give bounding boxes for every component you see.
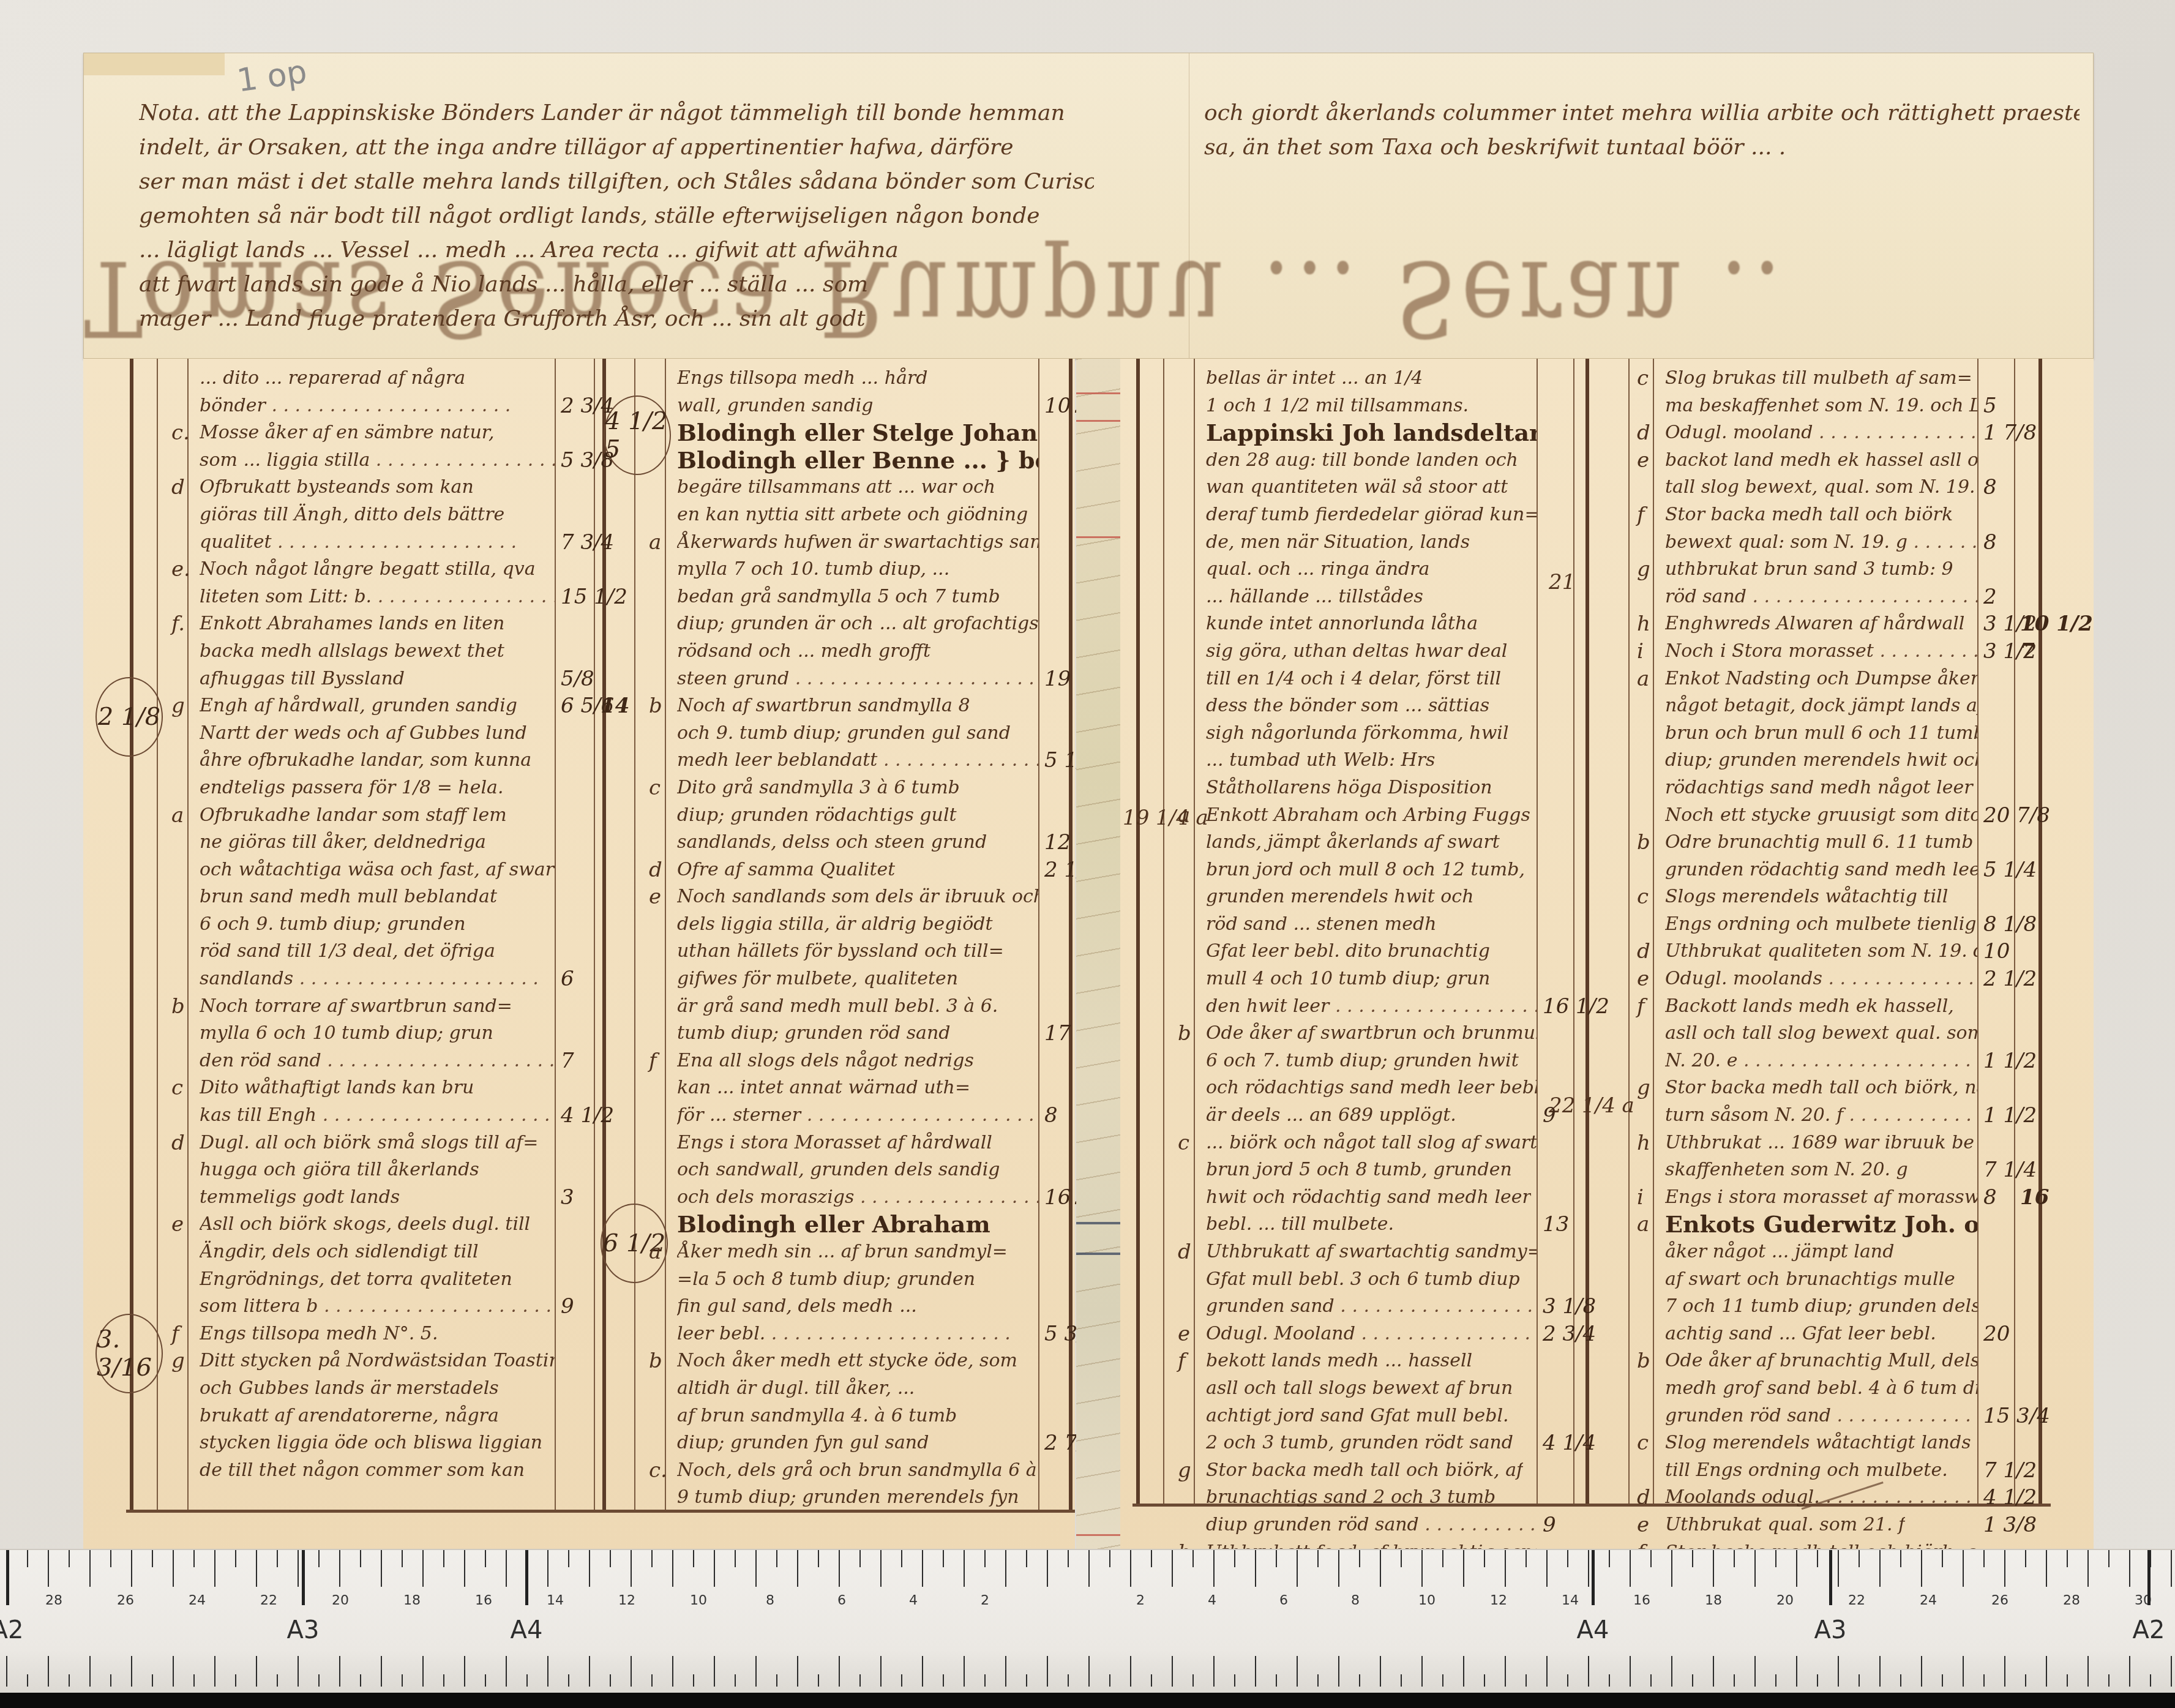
ruler-tick bbox=[964, 1550, 965, 1587]
area-amount: 13 bbox=[1543, 1211, 1569, 1238]
ruler-tick bbox=[443, 1674, 444, 1687]
nota-line: indelt, är Orsaken, att the inga andre t… bbox=[139, 130, 1094, 165]
ledger-row: röd sand ... stenen medh bbox=[1206, 911, 1537, 938]
entry-text: wan quantiteten wäl så stoor att bbox=[1206, 474, 1508, 501]
ledger-row: gifwes för mulbete, qualiteten bbox=[677, 965, 1038, 993]
ledger-row: grunden sand3 1/8 bbox=[1206, 1293, 1537, 1320]
entry-text: till Engs ordning och mulbete. bbox=[1665, 1457, 1948, 1485]
parcel-letter: d bbox=[649, 856, 662, 884]
entry-text: rödsand och ... medh grofft bbox=[677, 638, 930, 665]
ruler-tick bbox=[1234, 1550, 1235, 1567]
ruler-tick bbox=[1442, 1674, 1443, 1687]
ruler-tick bbox=[2129, 1656, 2130, 1687]
ledger-row: ... hällande ... tillstådes bbox=[1206, 583, 1537, 611]
parcel-letter: e bbox=[171, 1211, 184, 1238]
ruler-tick bbox=[422, 1656, 424, 1687]
ruler-tick bbox=[381, 1550, 382, 1587]
ruler-number: 16 bbox=[1633, 1593, 1650, 1608]
parcel-letter: f bbox=[1637, 993, 1645, 1021]
ledger-row: dOfre af samma Qualitet2 1/8 bbox=[677, 856, 1038, 884]
ruler-number: 6 bbox=[1279, 1593, 1288, 1608]
ledger-row: dOdugl. mooland1 7/8 bbox=[1665, 419, 1977, 447]
ledger-row: cDito grå sandmylla 3 à 6 tumb bbox=[677, 774, 1038, 802]
map-fragment-strip bbox=[1076, 359, 1121, 1549]
ruler-tick bbox=[1213, 1656, 1215, 1687]
entry-text: röd sand ... stenen medh bbox=[1206, 911, 1437, 938]
ruler-tick bbox=[1297, 1550, 1298, 1587]
ledger-row: Engs tillsopa medh ... hård bbox=[677, 365, 1038, 392]
entry-text: som littera b bbox=[200, 1293, 555, 1320]
owner-heading: Enkots Guderwitz Joh. och Jurr bbox=[1665, 1211, 1977, 1238]
ledger-row: =la 5 och 8 tumb diup; grunden bbox=[677, 1266, 1038, 1294]
ledger-row: och wåtachtiga wäsa och fast, af swart bbox=[200, 856, 555, 884]
ledger-row: grunden merendels hwit och bbox=[1206, 883, 1537, 911]
ruler-tick bbox=[984, 1674, 986, 1687]
entry-text: qualitet bbox=[200, 529, 517, 556]
ledger-row: sig göra, uthan deltas hwar deal bbox=[1206, 638, 1537, 665]
ledger-row: afhuggas till Byssland5/8 bbox=[200, 665, 555, 693]
parcel-letter: b bbox=[1637, 1347, 1650, 1375]
ruler-tick bbox=[1525, 1550, 1527, 1567]
area-amount: 8 bbox=[1983, 529, 1997, 556]
ruler-tick bbox=[1130, 1550, 1131, 1587]
ruler-tick bbox=[2171, 1656, 2172, 1687]
entry-text: bellas är intet ... an 1/4 bbox=[1206, 365, 1423, 392]
entry-text: diup; grunden rödachtigs gult bbox=[677, 802, 957, 830]
ruler-tick bbox=[1588, 1550, 1589, 1587]
entry-text: Dito wåthaftigt lands kan bru bbox=[200, 1074, 474, 1102]
ledger-row: ne giöras till åker, deldnedriga bbox=[200, 829, 555, 856]
entry-text: Noch sandlands som dels är ibruuk och bbox=[677, 883, 1038, 911]
ledger-row: brun jord 5 och 8 tumb, grunden bbox=[1206, 1156, 1537, 1184]
entry-text: uthan hällets för byssland och till= bbox=[677, 938, 1004, 965]
entry-text: wall, grunden sandig bbox=[677, 392, 873, 420]
entry-text: ... hällande ... tillstådes bbox=[1206, 583, 1423, 611]
entry-text: Åkerwards hufwen är swartachtigs sand bbox=[677, 529, 1038, 556]
paper-tape-repair bbox=[84, 53, 225, 75]
area-amount: 1 1/2 bbox=[1983, 1047, 2037, 1075]
ruler-tick bbox=[693, 1674, 694, 1687]
ruler-tick bbox=[1567, 1550, 1568, 1567]
entry-text: de till thet någon commer som kan bbox=[200, 1457, 525, 1485]
rule-line bbox=[1977, 359, 1978, 1504]
ledger-row: aÅkerwards hufwen är swartachtigs sand bbox=[677, 529, 1038, 556]
ruler-tick bbox=[1192, 1674, 1194, 1687]
ruler-tick bbox=[1775, 1550, 1776, 1567]
ruler-tick bbox=[2004, 1550, 2005, 1587]
ruler-tick bbox=[27, 1550, 28, 1567]
ledger-row: medh grof sand bebl. 4 à 6 tum diup bbox=[1665, 1375, 1977, 1403]
entry-text: lands, jämpt åkerlands af swart bbox=[1206, 829, 1500, 856]
ruler-number: 22 bbox=[260, 1593, 277, 1608]
ruler-tick bbox=[755, 1550, 757, 1587]
ruler-tick bbox=[1609, 1550, 1610, 1567]
ruler-tick bbox=[318, 1550, 320, 1567]
parcel-letter: a bbox=[1637, 665, 1649, 693]
subtotal-amount: 10 1/2 bbox=[2020, 610, 2093, 638]
ledger-column: cSlog brukas till mulbeth af sam=ma besk… bbox=[1665, 365, 1977, 1676]
parcel-letter: c bbox=[1637, 883, 1649, 911]
ledger-row: brun och brun mull 6 och 11 tumb bbox=[1665, 720, 1977, 747]
ledger-row: bebl. ... till mulbete.13 bbox=[1206, 1211, 1537, 1238]
ruler-number: 6 bbox=[837, 1593, 846, 1608]
ledger-row: diup; grunden fyn gul sand2 7/8 bbox=[677, 1429, 1038, 1457]
ledger-row: deraf tumb fierdedelar giörad kun= bbox=[1206, 501, 1537, 529]
ruler-number: 16 bbox=[475, 1593, 492, 1608]
ledger-row: diup grunden röd sand9 bbox=[1206, 1511, 1537, 1539]
entry-text: bekott lands medh ... hassell bbox=[1206, 1347, 1472, 1375]
ruler-tick bbox=[1775, 1674, 1776, 1687]
ruler-tick bbox=[1047, 1656, 1048, 1687]
ledger-row: endteligs passera för 1/8 = hela. bbox=[200, 774, 555, 802]
ruler-tick bbox=[1255, 1656, 1256, 1687]
ledger-page-left: 2 1/8 3. 3/16 4 1/2 5 6 1/2 ... dito ...… bbox=[83, 359, 1075, 1549]
ruler-tick bbox=[1234, 1674, 1235, 1687]
ruler-tick bbox=[880, 1550, 882, 1587]
rule-line bbox=[1038, 359, 1039, 1510]
parcel-letter: f bbox=[171, 1320, 179, 1348]
entry-text: Enghwreds Alwaren af hårdwall bbox=[1665, 610, 1964, 638]
ruler-tick bbox=[839, 1656, 840, 1687]
ruler-tick bbox=[360, 1550, 361, 1567]
ruler-tick bbox=[1671, 1550, 1672, 1587]
entry-text: stycken liggia öde och bliswa liggian bbox=[200, 1429, 542, 1457]
area-amount: 6 bbox=[561, 965, 574, 993]
ruler-tick bbox=[173, 1550, 174, 1587]
nota-text-left: Nota. att the Lappinskiske Bönders Lande… bbox=[139, 96, 1094, 336]
ruler-tick bbox=[1463, 1656, 1464, 1687]
subtotal-amount: 16 bbox=[2020, 1184, 2049, 1212]
ledger-row: en kan nyttia sitt arbete och giödning bbox=[677, 501, 1038, 529]
entry-text: hugga och giöra till åkerlands bbox=[200, 1156, 479, 1184]
ledger-row: Noch ett stycke gruusigt som dito grund2… bbox=[1665, 802, 1977, 830]
rule-line bbox=[2038, 359, 2042, 1504]
ruler-tick bbox=[1734, 1674, 1735, 1687]
ledger-row: fBackott lands medh ek hassell, bbox=[1665, 993, 1977, 1021]
ruler-tick bbox=[818, 1550, 819, 1567]
ruler-tick bbox=[797, 1656, 798, 1687]
ruler-tick bbox=[1630, 1656, 1631, 1687]
entry-text: dels liggia stilla, är aldrig begiödt bbox=[677, 911, 993, 938]
ruler-tick bbox=[1005, 1550, 1006, 1587]
ruler-tick bbox=[89, 1656, 91, 1687]
entry-text: liteten som Litt: b. bbox=[200, 583, 555, 611]
entry-text: den hwit leer bbox=[1206, 993, 1537, 1021]
parcel-letter: h bbox=[1637, 1129, 1650, 1157]
format-marker bbox=[1592, 1550, 1595, 1605]
area-amount: 5 3/8 bbox=[561, 447, 614, 474]
parcel-letter: f bbox=[1178, 1347, 1186, 1375]
ledger-row: röd sand till 1/3 deal, det öfriga bbox=[200, 938, 555, 965]
parcel-letter: b bbox=[1178, 1020, 1191, 1047]
entry-text: Dugl. all och biörk små slogs till af= bbox=[200, 1129, 538, 1157]
entry-text: bebl. ... till mulbete. bbox=[1206, 1211, 1394, 1238]
ruler-tick bbox=[547, 1656, 548, 1687]
ruler-tick bbox=[1567, 1674, 1568, 1687]
ledger-row: rödsand och ... medh grofft bbox=[677, 638, 1038, 665]
area-amount: 1 3/8 bbox=[1983, 1511, 2037, 1539]
entry-text: hwit och rödachtig sand medh leer bbox=[1206, 1184, 1531, 1212]
ruler-tick bbox=[1983, 1550, 1985, 1567]
ledger-row: asll och tall slog bewext qual. som bbox=[1665, 1020, 1977, 1047]
nota-line: Nota. att the Lappinskiske Bönders Lande… bbox=[139, 96, 1094, 130]
ledger-row: kan ... intet annat wärnad uth= bbox=[677, 1074, 1038, 1102]
ledger-row: hugga och giöra till åkerlands bbox=[200, 1156, 555, 1184]
entry-text: backot land medh ek hassel asll och bbox=[1665, 447, 1977, 474]
ledger-row: åhre ofbrukadhe landar, som kunna bbox=[200, 747, 555, 774]
ruler-tick bbox=[110, 1674, 111, 1687]
entry-text: Ofre af samma Qualitet bbox=[677, 856, 895, 884]
ruler-number: 12 bbox=[618, 1593, 635, 1608]
entry-text: giöras till Ängh, ditto dels bättre bbox=[200, 501, 504, 529]
entry-text: temmeligs godt lands bbox=[200, 1184, 400, 1212]
ledger-row: brunachtigs sand 2 och 3 tumb bbox=[1206, 1484, 1537, 1511]
entry-text: bedan grå sandmylla 5 och 7 tumb bbox=[677, 583, 1000, 611]
ledger-row: som ... liggia stilla5 3/8 bbox=[200, 447, 555, 474]
ruler-tick bbox=[610, 1674, 611, 1687]
ruler-tick bbox=[1442, 1550, 1443, 1567]
ruler-tick bbox=[318, 1674, 320, 1687]
area-amount: 1 7/8 bbox=[1983, 419, 2037, 447]
entry-text: röd sand till 1/3 deal, det öfriga bbox=[200, 938, 495, 965]
ledger-row: ... dito ... reparerad af några bbox=[200, 365, 555, 392]
ledger-row: altidh är dugl. till åker, ... bbox=[677, 1375, 1038, 1403]
area-amount: 15 1/2 bbox=[561, 583, 627, 611]
ruler-tick bbox=[568, 1674, 569, 1687]
ledger-row: gStor backa medh tall och biörk, af bbox=[1206, 1457, 1537, 1485]
entry-text: Gfat leer bebl. dito brunachtig bbox=[1206, 938, 1490, 965]
format-marker bbox=[2147, 1550, 2151, 1605]
rule-line bbox=[1194, 359, 1195, 1504]
ruler-tick bbox=[110, 1550, 111, 1567]
ruler-tick bbox=[1546, 1550, 1548, 1587]
ledger-row: och dels moraszigs16 3/426 bbox=[677, 1184, 1038, 1212]
ledger-page-right: 19 1/4 a 21 22 1/4 a bellas är intet ...… bbox=[1120, 359, 2094, 1549]
entry-text: brun sand medh mull beblandat bbox=[200, 883, 497, 911]
ledger-row: gDitt stycken på Nordwästsidan Toasting bbox=[200, 1347, 555, 1375]
ruler-tick bbox=[1213, 1550, 1215, 1587]
ledger-row: tall slog bewext, qual. som N. 19. f8 bbox=[1665, 474, 1977, 501]
ruler-tick bbox=[1963, 1550, 1964, 1587]
ruler-tick bbox=[2067, 1674, 2068, 1687]
scan-edge bbox=[0, 1693, 2175, 1708]
entry-text: grunden sand bbox=[1206, 1293, 1537, 1320]
entry-text: begäre tillsammans att ... war och bbox=[677, 474, 995, 501]
entry-text: ... tumbad uth Welb: Hrs bbox=[1206, 747, 1436, 774]
entry-text: uthbrukat brun sand 3 tumb: 9 bbox=[1665, 556, 1953, 583]
ruler-tick bbox=[1859, 1674, 1860, 1687]
ruler-tick bbox=[89, 1550, 91, 1587]
ruler-number: 4 bbox=[909, 1593, 918, 1608]
entry-text: åker något ... jämpt land bbox=[1665, 1238, 1894, 1266]
ledger-row: af brun sandmylla 4. à 6 tumb bbox=[677, 1403, 1038, 1430]
entry-text: tumb diup; grunden röd sand bbox=[677, 1020, 950, 1047]
parcel-letter: e bbox=[649, 883, 661, 911]
ruler-tick bbox=[1983, 1674, 1985, 1687]
ruler-tick bbox=[1484, 1674, 1485, 1687]
ledger-row: och 9. tumb diup; grunden gul sand bbox=[677, 720, 1038, 747]
ruler-tick bbox=[735, 1674, 736, 1687]
parcel-letter: f. bbox=[171, 610, 185, 638]
ruler-tick bbox=[1505, 1550, 1506, 1587]
entry-text: achtig sand ... Gfat leer bebl. bbox=[1665, 1320, 1936, 1348]
ruler-tick bbox=[1317, 1674, 1319, 1687]
ruler-tick bbox=[1817, 1550, 1818, 1567]
ruler-tick bbox=[651, 1674, 653, 1687]
ruler-tick bbox=[776, 1674, 777, 1687]
ruler-tick bbox=[1546, 1656, 1548, 1687]
nota-sheet: 1 op Tomas Seneca Rumpnu ... Seran ... T… bbox=[83, 53, 2094, 359]
nota-line: mager ... Land fiuge pratendera Gruffort… bbox=[139, 302, 1094, 336]
entry-text: Slogs merendels wåtachtig till bbox=[1665, 883, 1948, 911]
area-amount: 2 3/4 bbox=[1543, 1320, 1596, 1348]
ruler-tick bbox=[651, 1550, 653, 1567]
ledger-row: hEnghwreds Alwaren af hårdwall3 1/210 1/… bbox=[1665, 610, 1977, 638]
ledger-row: brun sand medh mull beblandat bbox=[200, 883, 555, 911]
ruler-tick bbox=[1088, 1656, 1090, 1687]
ledger-row: iEngs i stora morasset af morasswalle816 bbox=[1665, 1184, 1977, 1212]
ruler-number: 18 bbox=[403, 1593, 421, 1608]
ledger-row: Blodingh eller Stelge Johan } åhre bbox=[677, 419, 1038, 447]
ledger-row: backa medh allslags bewext thet bbox=[200, 638, 555, 665]
entry-text: en kan nyttia sitt arbete och giödning bbox=[677, 501, 1028, 529]
ruler-tick bbox=[1692, 1674, 1693, 1687]
ledger-row: fStor backa medh tall och biörk bbox=[1665, 501, 1977, 529]
area-amount: 4 1/4 bbox=[1543, 1429, 1596, 1457]
entry-text: Engrödnings, det torra qvaliteten bbox=[200, 1266, 512, 1294]
ruler-number: 24 bbox=[1920, 1593, 1937, 1608]
ruler-tick bbox=[568, 1550, 569, 1567]
parcel-letter: d bbox=[1637, 419, 1650, 447]
ruler-tick bbox=[485, 1674, 486, 1687]
rule-line bbox=[634, 359, 635, 1510]
parcel-letter: a bbox=[649, 1238, 661, 1266]
ledger-row: de, men när Situation, lands bbox=[1206, 529, 1537, 556]
ruler-tick bbox=[193, 1550, 195, 1567]
entry-text: Noch torrare af swartbrun sand= bbox=[200, 993, 512, 1021]
entry-text: Ditt stycken på Nordwästsidan Toasting bbox=[200, 1347, 555, 1375]
ruler-tick bbox=[547, 1550, 548, 1587]
entry-text: Nartt der weds och af Gubbes lund bbox=[200, 720, 527, 747]
ruler-tick bbox=[1192, 1550, 1194, 1567]
parcel-letter: g bbox=[1178, 1457, 1191, 1485]
ledger-row: gStor backa medh tall och biörk, ná= bbox=[1665, 1074, 1977, 1102]
ruler-tick bbox=[1276, 1674, 1277, 1687]
ruler-tick bbox=[1505, 1656, 1506, 1687]
entry-text: kan ... intet annat wärnad uth= bbox=[677, 1074, 970, 1102]
ruler-tick bbox=[506, 1550, 507, 1587]
parcel-letter: e bbox=[1637, 1511, 1649, 1539]
ledger-column: bellas är intet ... an 1/41 och 1 1/2 mi… bbox=[1206, 365, 1537, 1594]
ruler-tick bbox=[1463, 1550, 1464, 1587]
entry-text: och wåtachtiga wäsa och fast, af swart bbox=[200, 856, 555, 884]
ledger-row: medh leer beblandatt5 1/2 bbox=[677, 747, 1038, 774]
ledger-row: fbekott lands medh ... hassell bbox=[1206, 1347, 1537, 1375]
ledger-row: Blodingh eller Benne ... } begge bbox=[677, 447, 1038, 474]
ruler-tick bbox=[1401, 1550, 1402, 1567]
margin-note: 22 1/4 a bbox=[1549, 1093, 1634, 1118]
ledger-row: aEnkott Abraham och Arbing Fuggs bbox=[1206, 802, 1537, 830]
ledger-row: grunden rödachtig sand medh leer bebl.5 … bbox=[1665, 856, 1977, 884]
ruler-number: 18 bbox=[1705, 1593, 1722, 1608]
ledger-row: bellas är intet ... an 1/4 bbox=[1206, 365, 1537, 392]
entry-text: turn såsom N. 20. f bbox=[1665, 1102, 1977, 1129]
margin-note: 21 bbox=[1549, 570, 1575, 594]
ledger-row: sandlands, delss och steen grund12 bbox=[677, 829, 1038, 856]
parcel-letter: d bbox=[1178, 1238, 1191, 1266]
ruler-tick bbox=[964, 1656, 965, 1687]
area-amount: 8 bbox=[1044, 1102, 1058, 1129]
entry-text: mylla 7 och 10. tumb diup, ... bbox=[677, 556, 949, 583]
ruler-tick bbox=[1879, 1550, 1881, 1587]
ruler-number: 22 bbox=[1848, 1593, 1865, 1608]
parcel-letter: h bbox=[1637, 610, 1650, 638]
ruler-tick bbox=[1359, 1674, 1360, 1687]
entry-text: bewext qual: som N. 19. g bbox=[1665, 529, 1977, 556]
ruler-tick bbox=[1921, 1656, 1922, 1687]
ledger-row: sigh någorlunda förkomma, hwil bbox=[1206, 720, 1537, 747]
ledger-row: 6 och 9. tumb diup; grunden bbox=[200, 911, 555, 938]
ledger-row: stycken liggia öde och bliswa liggian bbox=[200, 1429, 555, 1457]
rule-line bbox=[1537, 359, 1538, 1504]
ledger-row: mylla 6 och 10 tumb diup; grun bbox=[200, 1020, 555, 1047]
parcel-letter: g bbox=[1637, 556, 1650, 583]
ledger-row: 1 och 1 1/2 mil tillsammans. bbox=[1206, 392, 1537, 420]
ledger-row: hwit och rödachtig sand medh leer bbox=[1206, 1184, 1537, 1212]
ledger-row: Ängdir, dels och sidlendigt till bbox=[200, 1238, 555, 1266]
rule-line bbox=[665, 359, 666, 1510]
area-amount: 7 bbox=[561, 1047, 574, 1075]
ruler-number: 2 bbox=[981, 1593, 989, 1608]
entry-text: brukatt af arendatorerne, några bbox=[200, 1403, 499, 1430]
nota-text-right: och giordt åkerlands colummer intet mehr… bbox=[1204, 96, 2080, 165]
ruler-tick bbox=[631, 1550, 632, 1587]
entry-text: sandlands, delss och steen grund bbox=[677, 829, 987, 856]
ledger-row: och Gubbes lands är merstadels bbox=[200, 1375, 555, 1403]
ruler-tick bbox=[2025, 1674, 2026, 1687]
ledger-row: dUthbrukat qualiteten som N. 19. d.10 bbox=[1665, 938, 1977, 965]
ledger-row: eNoch sandlands som dels är ibruuk och bbox=[677, 883, 1038, 911]
parcel-letter: d bbox=[171, 474, 185, 501]
entry-text: den röd sand bbox=[200, 1047, 555, 1075]
area-amount: 2 3/4 bbox=[561, 392, 614, 420]
area-amount: 7 3/4 bbox=[561, 529, 614, 556]
ledger-row: cSlog merendels wåtachtigt lands bbox=[1665, 1429, 1977, 1457]
area-amount: 3 1/8 bbox=[1543, 1293, 1596, 1320]
ruler-tick bbox=[422, 1550, 424, 1587]
nota-line: sa, än thet som Taxa och beskrifwit tunt… bbox=[1204, 130, 2080, 165]
ruler-tick bbox=[755, 1656, 757, 1687]
nota-line: ser man mäst i det stalle mehra lands ti… bbox=[139, 165, 1094, 199]
ledger-row: aEnkots Guderwitz Joh. och Jurr bbox=[1665, 1211, 1977, 1238]
ruler-tick bbox=[277, 1550, 278, 1567]
ruler-number: 28 bbox=[45, 1593, 62, 1608]
ledger-row: 9 tumb diup; grunden merendels fyn bbox=[677, 1484, 1038, 1511]
rule-line bbox=[1653, 359, 1654, 1504]
ledger-row: uthan hällets för byssland och till= bbox=[677, 938, 1038, 965]
ledger-column: ... dito ... reparerad af någrabönder2 3… bbox=[200, 365, 555, 1484]
entry-text: Engs ordning och mulbete tienlig bbox=[1665, 911, 1976, 938]
ruler-tick bbox=[27, 1674, 28, 1687]
ledger-row: c.Noch, dels grå och brun sandmylla 6 à bbox=[677, 1457, 1038, 1485]
ruler-tick bbox=[1255, 1550, 1256, 1587]
entry-text: och Gubbes lands är merstadels bbox=[200, 1375, 499, 1403]
ledger-row: den röd sand7 bbox=[200, 1047, 555, 1075]
ruler-tick bbox=[1754, 1550, 1756, 1587]
parcel-letter: a bbox=[649, 529, 661, 556]
ruler-tick bbox=[235, 1550, 236, 1567]
ledger-row: dess the bönder som ... sättias bbox=[1206, 692, 1537, 720]
